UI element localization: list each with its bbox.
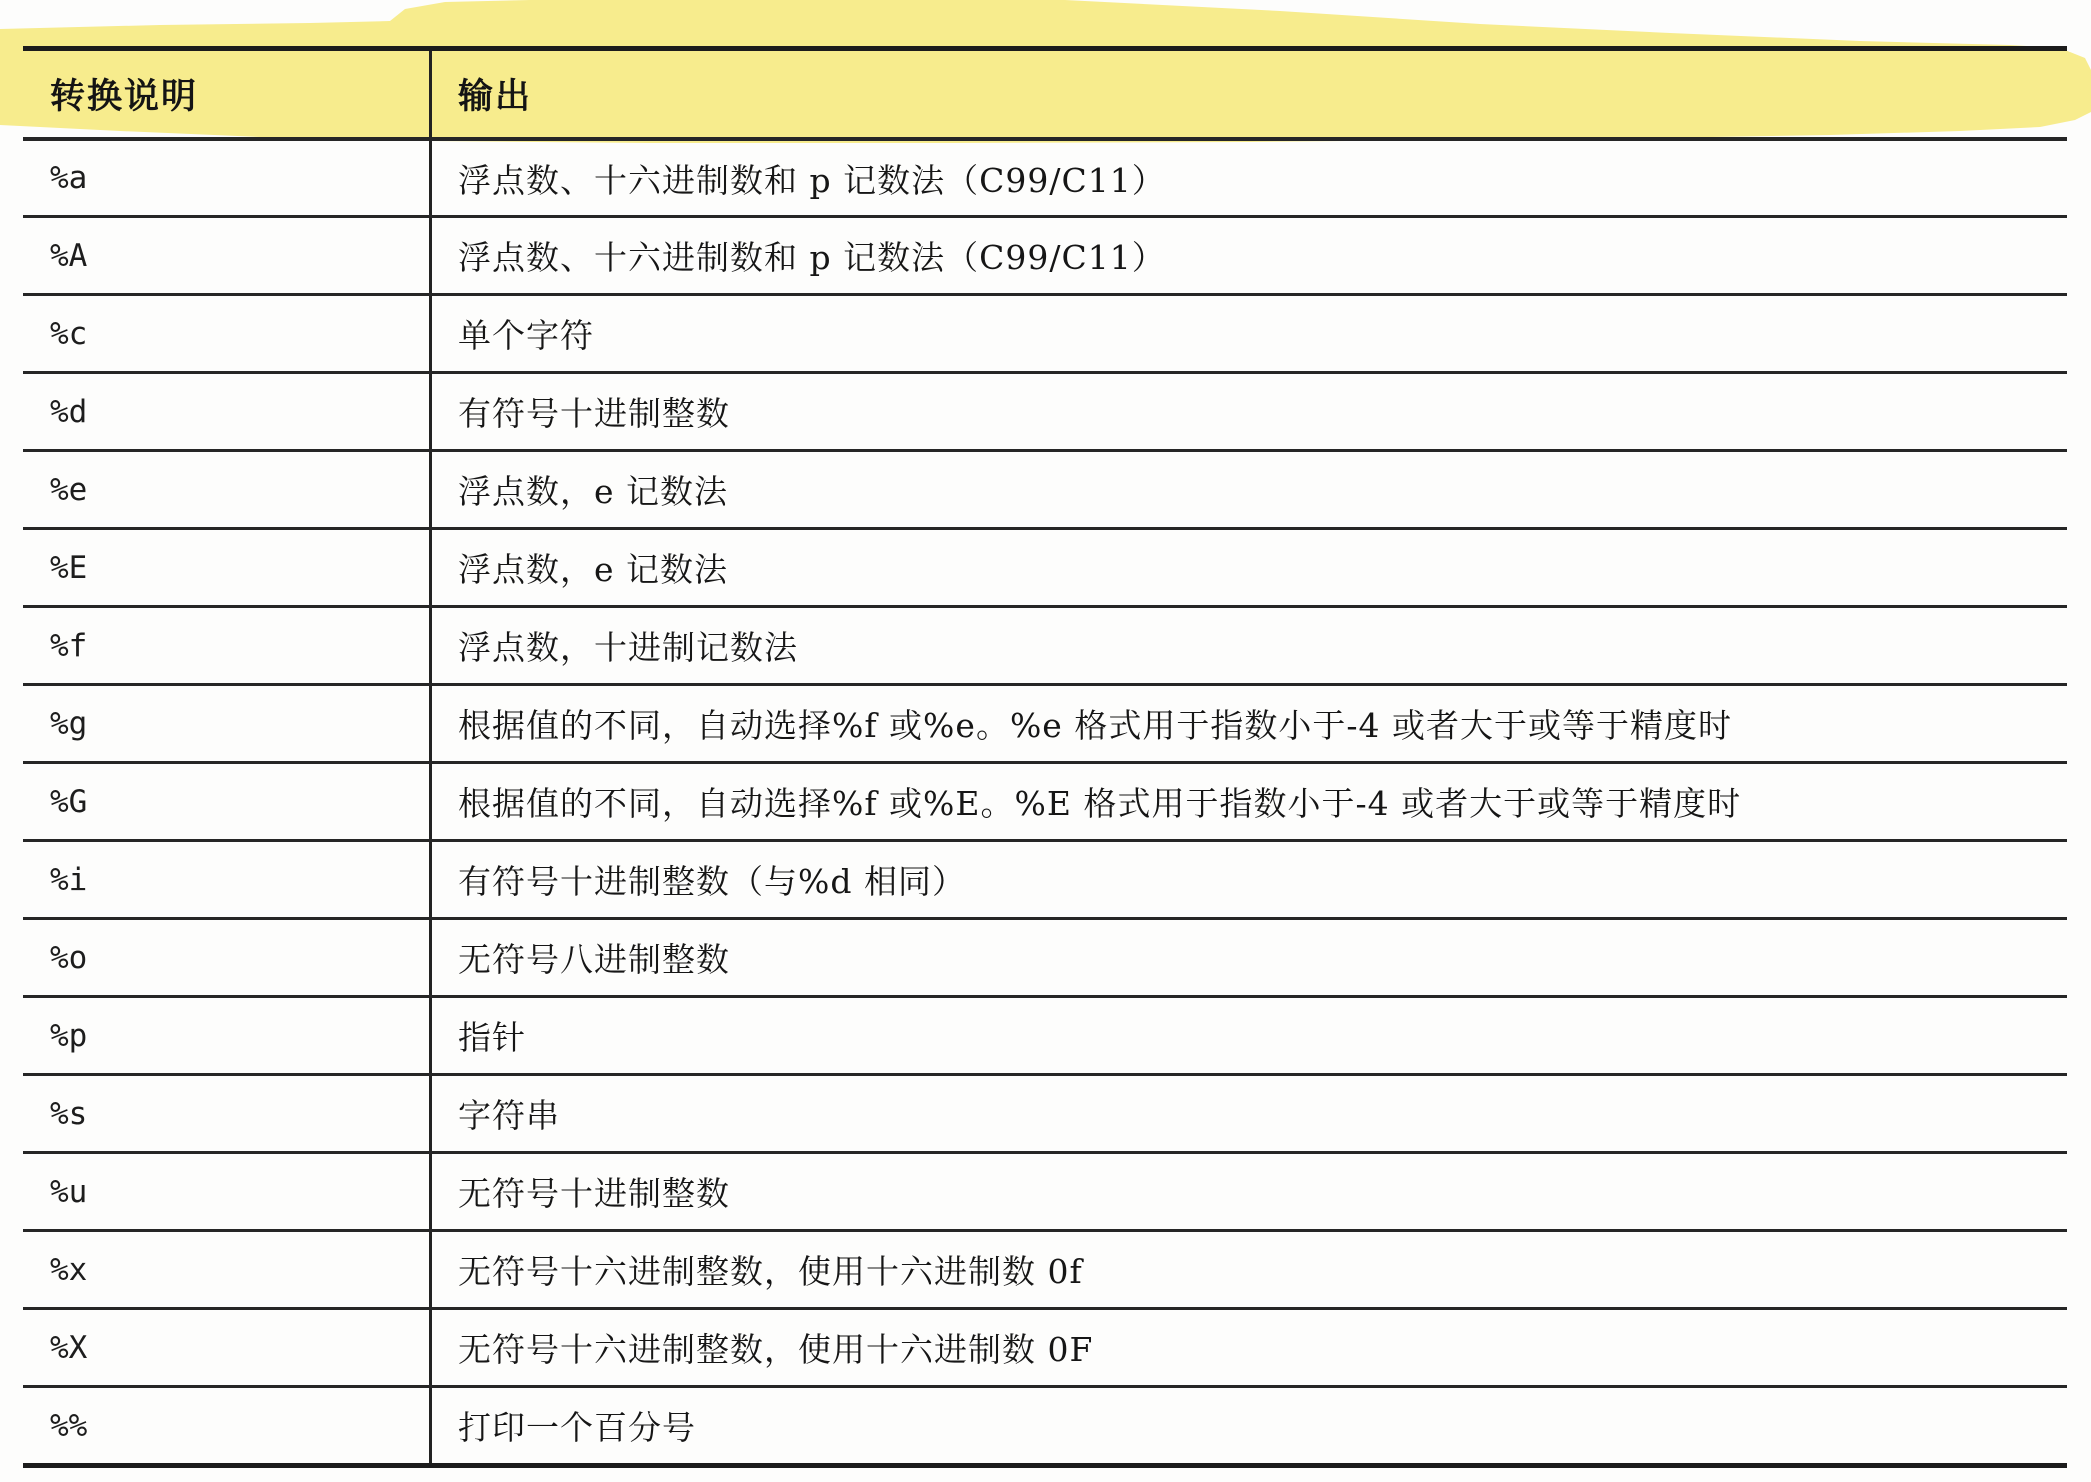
spec-cell-text: %x	[50, 1252, 87, 1288]
table-row: %E 浮点数，e 记数法	[23, 527, 2067, 605]
spec-cell: %X	[23, 1310, 432, 1385]
spec-cell-text: %i	[50, 862, 87, 898]
spec-cell-text: %X	[50, 1330, 87, 1366]
spec-cell-text: %o	[50, 940, 87, 976]
spec-cell: %e	[23, 452, 432, 527]
table-rows: %a 浮点数、十六进制数和 p 记数法（C99/C11） %A 浮点数、十六进制…	[23, 137, 2067, 1463]
table-row: %f 浮点数，十进制记数法	[23, 605, 2067, 683]
table-row: %e 浮点数，e 记数法	[23, 449, 2067, 527]
desc-cell: 无符号八进制整数	[432, 920, 2067, 995]
spec-cell-text: %u	[50, 1174, 87, 1210]
desc-cell: 单个字符	[432, 296, 2067, 371]
spec-cell: %g	[23, 686, 432, 761]
desc-cell: 无符号十六进制整数，使用十六进制数 0F	[432, 1310, 2067, 1385]
desc-cell: 浮点数，e 记数法	[432, 452, 2067, 527]
desc-cell: 浮点数、十六进制数和 p 记数法（C99/C11）	[432, 141, 2067, 215]
desc-cell: 浮点数，e 记数法	[432, 530, 2067, 605]
spec-cell-text: %G	[50, 784, 87, 820]
desc-cell-text: 浮点数、十六进制数和 p 记数法（C99/C11）	[458, 155, 1166, 202]
desc-cell: 根据值的不同，自动选择%f 或%e。%e 格式用于指数小于-4 或者大于或等于精…	[432, 686, 2067, 761]
spec-cell-text: %g	[50, 706, 87, 742]
spec-cell: %f	[23, 608, 432, 683]
desc-cell-text: 浮点数、十六进制数和 p 记数法（C99/C11）	[458, 232, 1166, 279]
spec-cell: %d	[23, 374, 432, 449]
spec-cell: %x	[23, 1232, 432, 1307]
table-row: %i 有符号十进制整数（与%d 相同）	[23, 839, 2067, 917]
desc-cell-text: 打印一个百分号	[458, 1402, 696, 1449]
spec-cell-text: %e	[50, 472, 87, 508]
table-row: %X 无符号十六进制整数，使用十六进制数 0F	[23, 1307, 2067, 1385]
table-row: %% 打印一个百分号	[23, 1385, 2067, 1463]
desc-cell-text: 浮点数，e 记数法	[458, 466, 728, 513]
spec-cell: %a	[23, 141, 432, 215]
desc-cell-text: 根据值的不同，自动选择%f 或%E。%E 格式用于指数小于-4 或者大于或等于精…	[458, 778, 1741, 825]
spec-cell: %E	[23, 530, 432, 605]
header-cell-output: 输出	[432, 51, 2067, 137]
desc-cell: 根据值的不同，自动选择%f 或%E。%E 格式用于指数小于-4 或者大于或等于精…	[432, 764, 2067, 839]
spec-cell: %c	[23, 296, 432, 371]
spec-cell: %A	[23, 218, 432, 293]
spec-cell-text: %p	[50, 1018, 87, 1054]
desc-cell: 无符号十进制整数	[432, 1154, 2067, 1229]
table-row: %g 根据值的不同，自动选择%f 或%e。%e 格式用于指数小于-4 或者大于或…	[23, 683, 2067, 761]
spec-cell: %o	[23, 920, 432, 995]
header-cell-conversion: 转换说明	[23, 51, 432, 137]
spec-cell-text: %A	[50, 238, 87, 274]
spec-cell: %p	[23, 998, 432, 1073]
desc-cell-text: 有符号十进制整数（与%d 相同）	[458, 856, 966, 903]
desc-cell-text: 无符号十六进制整数，使用十六进制数 0F	[458, 1324, 1093, 1371]
spec-cell: %%	[23, 1388, 432, 1463]
spec-cell-text: %%	[50, 1408, 87, 1444]
table-row: %x 无符号十六进制整数，使用十六进制数 0f	[23, 1229, 2067, 1307]
table-row: %a 浮点数、十六进制数和 p 记数法（C99/C11）	[23, 137, 2067, 215]
spec-cell-text: %s	[50, 1096, 87, 1132]
desc-cell-text: 字符串	[458, 1090, 560, 1137]
spec-cell: %u	[23, 1154, 432, 1229]
desc-cell-text: 有符号十进制整数	[458, 388, 730, 435]
spec-cell-text: %f	[50, 628, 87, 664]
desc-cell-text: 无符号八进制整数	[458, 934, 730, 981]
table-row: %p 指针	[23, 995, 2067, 1073]
desc-cell-text: 浮点数，e 记数法	[458, 544, 728, 591]
desc-cell: 有符号十进制整数（与%d 相同）	[432, 842, 2067, 917]
spec-cell-text: %a	[50, 160, 87, 196]
desc-cell: 浮点数、十六进制数和 p 记数法（C99/C11）	[432, 218, 2067, 293]
spec-cell-text: %c	[50, 316, 87, 352]
table-row: %d 有符号十进制整数	[23, 371, 2067, 449]
table-header-row: 转换说明 输出	[23, 51, 2067, 137]
desc-cell-text: 根据值的不同，自动选择%f 或%e。%e 格式用于指数小于-4 或者大于或等于精…	[458, 700, 1732, 747]
header-label-conversion: 转换说明	[50, 69, 198, 119]
conversion-spec-table: 转换说明 输出 %a 浮点数、十六进制数和 p 记数法（C99/C11） %A …	[23, 46, 2067, 1468]
desc-cell-text: 浮点数，十进制记数法	[458, 622, 798, 669]
table-row: %c 单个字符	[23, 293, 2067, 371]
scanned-book-page: { "page": { "background_color": "#fdfdfc…	[0, 0, 2091, 1482]
spec-cell: %i	[23, 842, 432, 917]
desc-cell: 打印一个百分号	[432, 1388, 2067, 1463]
spec-cell-text: %d	[50, 394, 87, 430]
spec-cell: %s	[23, 1076, 432, 1151]
table-row: %s 字符串	[23, 1073, 2067, 1151]
desc-cell-text: 指针	[458, 1012, 526, 1059]
desc-cell-text: 无符号十进制整数	[458, 1168, 730, 1215]
desc-cell: 浮点数，十进制记数法	[432, 608, 2067, 683]
spec-cell-text: %E	[50, 550, 87, 586]
table-row: %G 根据值的不同，自动选择%f 或%E。%E 格式用于指数小于-4 或者大于或…	[23, 761, 2067, 839]
spec-cell: %G	[23, 764, 432, 839]
table-row: %A 浮点数、十六进制数和 p 记数法（C99/C11）	[23, 215, 2067, 293]
desc-cell: 指针	[432, 998, 2067, 1073]
desc-cell-text: 单个字符	[458, 310, 594, 357]
header-label-output: 输出	[458, 69, 532, 119]
desc-cell: 无符号十六进制整数，使用十六进制数 0f	[432, 1232, 2067, 1307]
desc-cell: 字符串	[432, 1076, 2067, 1151]
table-row: %u 无符号十进制整数	[23, 1151, 2067, 1229]
desc-cell-text: 无符号十六进制整数，使用十六进制数 0f	[458, 1246, 1083, 1293]
table-row: %o 无符号八进制整数	[23, 917, 2067, 995]
desc-cell: 有符号十进制整数	[432, 374, 2067, 449]
